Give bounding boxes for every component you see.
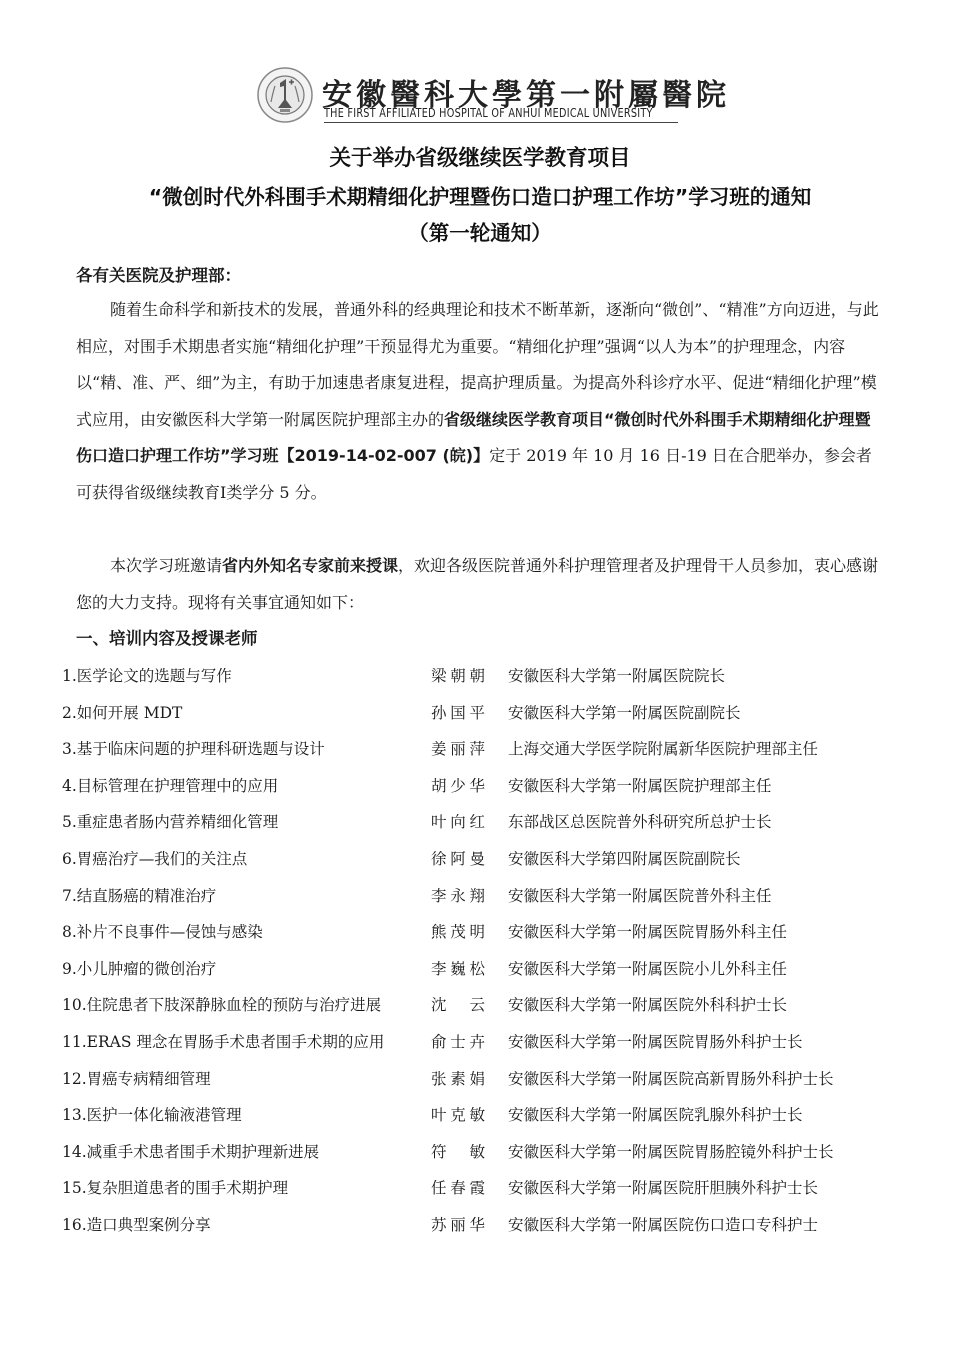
course-row: 8.补片不良事件—侵蚀与感染熊茂明安徽医科大学第一附属医院胃肠外科主任 — [62, 916, 902, 953]
lecturer-name: 俞士卉 — [431, 1030, 485, 1052]
lecturer-name: 姜丽萍 — [431, 737, 485, 759]
lecturer-name: 符敏 — [431, 1140, 485, 1162]
lecturer-name: 李巍松 — [431, 957, 485, 979]
course-topic: 8.补片不良事件—侵蚀与感染 — [62, 920, 263, 942]
lecturer-name: 沈云 — [431, 993, 485, 1015]
course-row: 11.ERAS 理念在胃肠手术患者围手术期的应用俞士卉安徽医科大学第一附属医院胃… — [62, 1026, 902, 1063]
letterhead-divider — [324, 122, 678, 123]
course-topic: 14.减重手术患者围手术期护理新进展 — [62, 1140, 319, 1162]
lecturer-affiliation: 安徽医科大学第一附属医院小儿外科主任 — [508, 957, 787, 979]
course-row: 9.小儿肿瘤的微创治疗李巍松安徽医科大学第一附属医院小儿外科主任 — [62, 953, 902, 990]
lecturer-affiliation: 安徽医科大学第一附属医院肝胆胰外科护士长 — [508, 1176, 818, 1198]
lecturer-affiliation: 安徽医科大学第一附属医院伤口造口专科护士 — [508, 1213, 818, 1235]
course-topic: 7.结直肠癌的精准治疗 — [62, 884, 216, 906]
course-row: 10.住院患者下肢深静脉血栓的预防与治疗进展沈云安徽医科大学第一附属医院外科科护… — [62, 989, 902, 1026]
lecturer-name: 叶向红 — [431, 810, 485, 832]
experts-bold: 省内外知名专家前来授课 — [222, 556, 398, 575]
lecturer-affiliation: 安徽医科大学第一附属医院胃肠腔镜外科护士长 — [508, 1140, 834, 1162]
course-topic: 12.胃癌专病精细管理 — [62, 1067, 211, 1089]
course-row: 1.医学论文的选题与写作梁朝朝安徽医科大学第一附属医院院长 — [62, 660, 902, 697]
course-row: 7.结直肠癌的精准治疗李永翔安徽医科大学第一附属医院普外科主任 — [62, 880, 902, 917]
lecturer-name: 孙国平 — [431, 701, 485, 723]
lecturer-name: 任春霞 — [431, 1176, 485, 1198]
course-row: 14.减重手术患者围手术期护理新进展符敏安徽医科大学第一附属医院胃肠腔镜外科护士… — [62, 1136, 902, 1173]
invitation-paragraph: 本次学习班邀请省内外知名专家前来授课，欢迎各级医院普通外科护理管理者及护理骨干人… — [76, 548, 886, 621]
lecturer-affiliation: 上海交通大学医学院附属新华医院护理部主任 — [508, 737, 818, 759]
course-row: 3.基于临床问题的护理科研选题与设计姜丽萍上海交通大学医学院附属新华医院护理部主… — [62, 733, 902, 770]
lecturer-name: 徐阿曼 — [431, 847, 485, 869]
course-topic: 13.医护一体化输液港管理 — [62, 1103, 242, 1125]
invitation-text: 本次学习班邀请 — [110, 556, 222, 575]
course-row: 2.如何开展 MDT孙国平安徽医科大学第一附属医院副院长 — [62, 697, 902, 734]
course-topic: 6.胃癌治疗—我们的关注点 — [62, 847, 247, 869]
lecturer-name: 梁朝朝 — [431, 664, 485, 686]
course-topic: 1.医学论文的选题与写作 — [62, 664, 232, 686]
lecturer-name: 叶克敏 — [431, 1103, 485, 1125]
intro-paragraph: 随着生命科学和新技术的发展，普通外科的经典理论和技术不断革新，逐渐向“微创”、“… — [76, 292, 886, 511]
course-topic: 2.如何开展 MDT — [62, 701, 182, 723]
hospital-seal-icon — [256, 66, 314, 124]
course-row: 6.胃癌治疗—我们的关注点徐阿曼安徽医科大学第四附属医院副院长 — [62, 843, 902, 880]
course-row: 13.医护一体化输液港管理叶克敏安徽医科大学第一附属医院乳腺外科护士长 — [62, 1099, 902, 1136]
course-topic: 16.造口典型案例分享 — [62, 1213, 211, 1235]
course-row: 15.复杂胆道患者的围手术期护理任春霞安徽医科大学第一附属医院肝胆胰外科护士长 — [62, 1172, 902, 1209]
lecturer-affiliation: 安徽医科大学第一附属医院副院长 — [508, 701, 741, 723]
course-topic: 15.复杂胆道患者的围手术期护理 — [62, 1176, 288, 1198]
lecturer-name: 张素娟 — [431, 1067, 485, 1089]
lecturer-affiliation: 安徽医科大学第一附属医院胃肠外科主任 — [508, 920, 787, 942]
notice-title-line1: 关于举办省级继续医学教育项目 — [0, 141, 960, 172]
course-topic: 4.目标管理在护理管理中的应用 — [62, 774, 278, 796]
lecturer-affiliation: 安徽医科大学第一附属医院高新胃肠外科护士长 — [508, 1067, 834, 1089]
course-topic: 3.基于临床问题的护理科研选题与设计 — [62, 737, 325, 759]
course-topic: 9.小儿肿瘤的微创治疗 — [62, 957, 216, 979]
lecturer-affiliation: 东部战区总医院普外科研究所总护士长 — [508, 810, 772, 832]
course-row: 16.造口典型案例分享苏丽华安徽医科大学第一附属医院伤口造口专科护士 — [62, 1209, 902, 1246]
lecturer-affiliation: 安徽医科大学第一附属医院外科科护士长 — [508, 993, 787, 1015]
lecturer-affiliation: 安徽医科大学第一附属医院胃肠外科护士长 — [508, 1030, 803, 1052]
notice-title-line2: “微创时代外科围手术期精细化护理暨伤口造口护理工作坊”学习班的通知 — [0, 180, 960, 210]
course-row: 4.目标管理在护理管理中的应用胡少华安徽医科大学第一附属医院护理部主任 — [62, 770, 902, 807]
lecturer-affiliation: 安徽医科大学第一附属医院普外科主任 — [508, 884, 772, 906]
course-row: 5.重症患者肠内营养精细化管理叶向红东部战区总医院普外科研究所总护士长 — [62, 806, 902, 843]
course-topic: 5.重症患者肠内营养精细化管理 — [62, 810, 278, 832]
course-list: 1.医学论文的选题与写作梁朝朝安徽医科大学第一附属医院院长 2.如何开展 MDT… — [62, 660, 902, 1246]
lecturer-name: 熊茂明 — [431, 920, 485, 942]
course-topic: 10.住院患者下肢深静脉血栓的预防与治疗进展 — [62, 993, 381, 1015]
lecturer-name: 李永翔 — [431, 884, 485, 906]
course-topic: 11.ERAS 理念在胃肠手术患者围手术期的应用 — [62, 1030, 384, 1052]
lecturer-affiliation: 安徽医科大学第四附属医院副院长 — [508, 847, 741, 869]
section-heading-training: 一、培训内容及授课老师 — [76, 625, 258, 649]
lecturer-name: 胡少华 — [431, 774, 485, 796]
hospital-name-en: THE FIRST AFFILIATED HOSPITAL OF ANHUI M… — [324, 105, 653, 120]
notice-title-line3: （第一轮通知） — [0, 216, 960, 246]
lecturer-affiliation: 安徽医科大学第一附属医院护理部主任 — [508, 774, 772, 796]
course-row: 12.胃癌专病精细管理张素娟安徽医科大学第一附属医院高新胃肠外科护士长 — [62, 1063, 902, 1100]
letterhead: 安徽醫科大學第一附屬醫院 THE FIRST AFFILIATED HOSPIT… — [256, 66, 696, 126]
salutation: 各有关医院及护理部： — [76, 262, 241, 286]
lecturer-name: 苏丽华 — [431, 1213, 485, 1235]
lecturer-affiliation: 安徽医科大学第一附属医院院长 — [508, 664, 725, 686]
lecturer-affiliation: 安徽医科大学第一附属医院乳腺外科护士长 — [508, 1103, 803, 1125]
